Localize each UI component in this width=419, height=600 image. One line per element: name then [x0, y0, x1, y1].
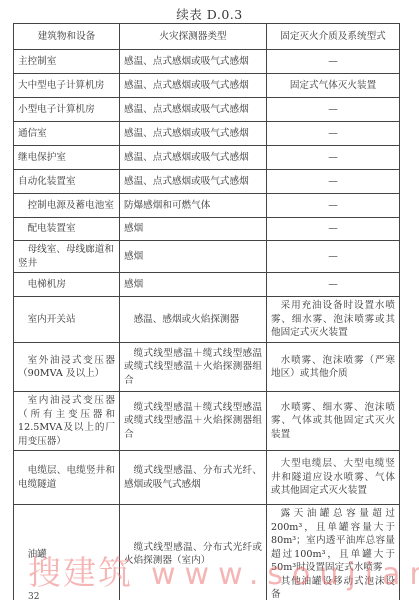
cell-detector: 感温、点式感烟或吸气式感烟	[120, 50, 267, 74]
cell-extinguishing: —	[267, 241, 400, 273]
cell-building: 小型电子计算机房	[14, 98, 120, 122]
table-row: 电缆层、电缆竖井和电缆隧道 缆式线型感温、分布式光纤、感烟或吸气式感烟 大型电缆…	[14, 451, 400, 505]
cell-extinguishing: —	[267, 194, 400, 218]
cell-building: 配电装置室	[14, 218, 120, 241]
cell-extinguishing: 水喷雾、细水雾、泡沫喷雾、气体或其他固定式灭火装置	[267, 392, 400, 451]
cell-detector: 感温、感烟或火焰探测器	[120, 297, 267, 343]
cell-building: 控制电源及蓄电池室	[14, 194, 120, 218]
cell-building: 室内油浸式变压器（所有主变压器和12.5MVA及以上的厂用变压器）	[14, 392, 120, 451]
table-row: 母线室、母线廊道和竖井 感烟 —	[14, 241, 400, 273]
cell-extinguishing: 采用充油设备时设置水喷雾、细水雾、泡沫喷雾或其他固定式灭火装置	[267, 297, 400, 343]
cell-building: 室外油浸式变压器（90MVA 及以上）	[14, 343, 120, 392]
cell-detector: 缆式线型感温＋缆式线型感温或缆式线型感温＋火焰探测器组合	[120, 392, 267, 451]
page-number: 32	[28, 592, 39, 600]
header-detector-type: 火灾探测器类型	[120, 24, 267, 50]
cell-building: 继电保护室	[14, 146, 120, 170]
cell-building: 大中型电子计算机房	[14, 74, 120, 98]
cell-building: 室内开关站	[14, 297, 120, 343]
cell-detector: 感烟	[120, 273, 267, 297]
oil-tank-mobile-foam-text: 其他油罐设移动式泡沫设备	[271, 575, 395, 600]
table-row: 室内开关站 感温、感烟或火焰探测器 采用充油设备时设置水喷雾、细水雾、泡沫喷雾或…	[14, 297, 400, 343]
table-row: 室内油浸式变压器（所有主变压器和12.5MVA及以上的厂用变压器） 缆式线型感温…	[14, 392, 400, 451]
cell-detector: 缆式线型感温、分布式光纤或火焰探测器（室内）	[120, 505, 267, 600]
cell-building: 油罐	[14, 505, 120, 600]
cell-detector: 感温、点式感烟或吸气式感烟	[120, 122, 267, 146]
cell-detector: 感烟	[120, 241, 267, 273]
cell-building: 母线室、母线廊道和竖井	[14, 241, 120, 273]
cell-extinguishing: 露天油罐总容量超过200m³，且单罐容量大于80m³；室内透平油库总容量超过10…	[267, 505, 400, 600]
cell-extinguishing: —	[267, 218, 400, 241]
table-row: 小型电子计算机房 感温、点式感烟或吸气式感烟 —	[14, 98, 400, 122]
cell-extinguishing: —	[267, 122, 400, 146]
cell-extinguishing: —	[267, 273, 400, 297]
cell-extinguishing: —	[267, 146, 400, 170]
table-row: 室外油浸式变压器（90MVA 及以上） 缆式线型感温＋缆式线型感温或缆式线型感温…	[14, 343, 400, 392]
table-row: 主控制室 感温、点式感烟或吸气式感烟 —	[14, 50, 400, 74]
cell-extinguishing: 固定式气体灭火装置	[267, 74, 400, 98]
table-row: 配电装置室 感烟 —	[14, 218, 400, 241]
cell-detector: 缆式线型感温＋缆式线型感温或缆式线型感温＋火焰探测器组合	[120, 343, 267, 392]
cell-extinguishing: 大型电缆层、大型电缆竖井和隧道应设水喷雾、气体或其他固定式灭火装置	[267, 451, 400, 505]
cell-detector: 缆式线型感温、分布式光纤、感烟或吸气式感烟	[120, 451, 267, 505]
cell-detector: 感温、点式感烟或吸气式感烟	[120, 98, 267, 122]
table-row: 继电保护室 感温、点式感烟或吸气式感烟 —	[14, 146, 400, 170]
cell-extinguishing: —	[267, 50, 400, 74]
cell-detector: 防爆感烟和可燃气体	[120, 194, 267, 218]
table-row: 油罐 缆式线型感温、分布式光纤或火焰探测器（室内） 露天油罐总容量超过200m³…	[14, 505, 400, 600]
fire-detection-table: 建筑物和设备 火灾探测器类型 固定灭火介质及系统型式 主控制室 感温、点式感烟或…	[13, 23, 400, 600]
table-header-row: 建筑物和设备 火灾探测器类型 固定灭火介质及系统型式	[14, 24, 400, 50]
cell-detector: 感温、点式感烟或吸气式感烟	[120, 170, 267, 194]
cell-building: 主控制室	[14, 50, 120, 74]
cell-detector: 感烟	[120, 218, 267, 241]
cell-extinguishing: —	[267, 170, 400, 194]
table-row: 控制电源及蓄电池室 防爆感烟和可燃气体 —	[14, 194, 400, 218]
table-row: 大中型电子计算机房 感温、点式感烟或吸气式感烟 固定式气体灭火装置	[14, 74, 400, 98]
table-title: 续表 D.0.3	[0, 5, 419, 23]
header-building: 建筑物和设备	[14, 24, 120, 50]
cell-extinguishing: —	[267, 98, 400, 122]
cell-building: 电缆层、电缆竖井和电缆隧道	[14, 451, 120, 505]
cell-building: 通信室	[14, 122, 120, 146]
table-row: 电梯机房 感烟 —	[14, 273, 400, 297]
table-row: 自动化装置室 感温、点式感烟或吸气式感烟 —	[14, 170, 400, 194]
cell-detector: 感温、点式感烟或吸气式感烟	[120, 146, 267, 170]
cell-building: 电梯机房	[14, 273, 120, 297]
cell-extinguishing: 水喷雾、泡沫喷雾（严寒地区）或其他介质	[267, 343, 400, 392]
table-row: 通信室 感温、点式感烟或吸气式感烟 —	[14, 122, 400, 146]
header-extinguishing-system: 固定灭火介质及系统型式	[267, 24, 400, 50]
oil-tank-fixed-spray-text: 露天油罐总容量超过200m³，且单罐容量大于80m³；室内透平油库总容量超过10…	[271, 507, 395, 575]
cell-building: 自动化装置室	[14, 170, 120, 194]
cell-detector: 感温、点式感烟或吸气式感烟	[120, 74, 267, 98]
